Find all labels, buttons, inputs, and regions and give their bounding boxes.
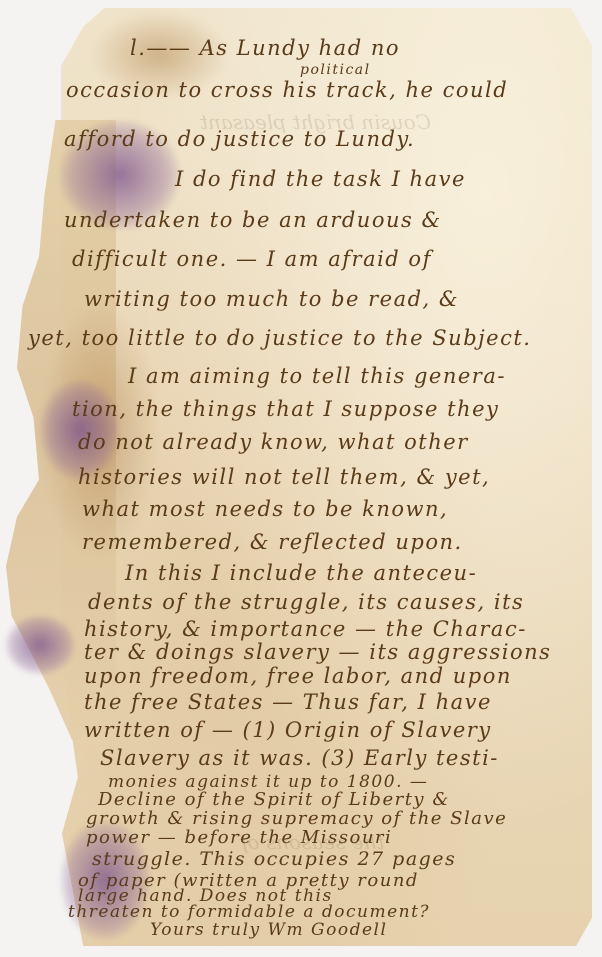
text-line-insertion: political [300,62,371,78]
text-line: written of — (1) Origin of Slavery [84,718,492,742]
text-line: growth & rising supremacy of the Slave [86,808,507,829]
text-line: I am aiming to tell this genera- [128,364,506,388]
text-line: the free States — Thus far, I have [84,690,492,714]
text-line: In this I include the anteceu- [125,561,477,585]
text-line: occasion to cross his track, he could [66,78,508,102]
text-line: ter & doings slavery — its aggressions [84,640,551,664]
ink-stain [5,615,75,675]
text-line: I do find the task I have [175,167,466,191]
text-line: what most needs to be known, [82,497,448,521]
text-line: threaten to formidable a document? [68,902,430,922]
text-line: remembered, & reflected upon. [82,530,463,554]
text-line: tion, the things that I suppose they [72,397,499,421]
text-line: yet, too little to do justice to the Sub… [28,326,531,350]
text-line: power — before the Missouri [86,827,392,848]
text-line: histories will not tell them, & yet, [78,465,490,489]
text-line: struggle. This occupies 27 pages [92,848,456,870]
text-line: Slavery as it was. (3) Early testi- [100,746,499,770]
text-line: afford to do justice to Lundy. [64,127,415,151]
signature: Yours truly Wm Goodell [150,920,387,940]
text-line: difficult one. — I am afraid of [72,247,432,271]
text-line: l.—— As Lundy had no [130,36,400,60]
text-line: upon freedom, free labor, and upon [84,664,512,688]
text-line: history, & importance — the Charac- [84,617,527,641]
text-line: undertaken to be an arduous & [64,208,442,232]
text-line: do not already know, what other [78,430,469,454]
text-line: writing too much to be read, & [84,287,459,311]
text-line: dents of the struggle, its causes, its [88,590,524,614]
text-line: Decline of the Spirit of Liberty & [98,789,450,810]
